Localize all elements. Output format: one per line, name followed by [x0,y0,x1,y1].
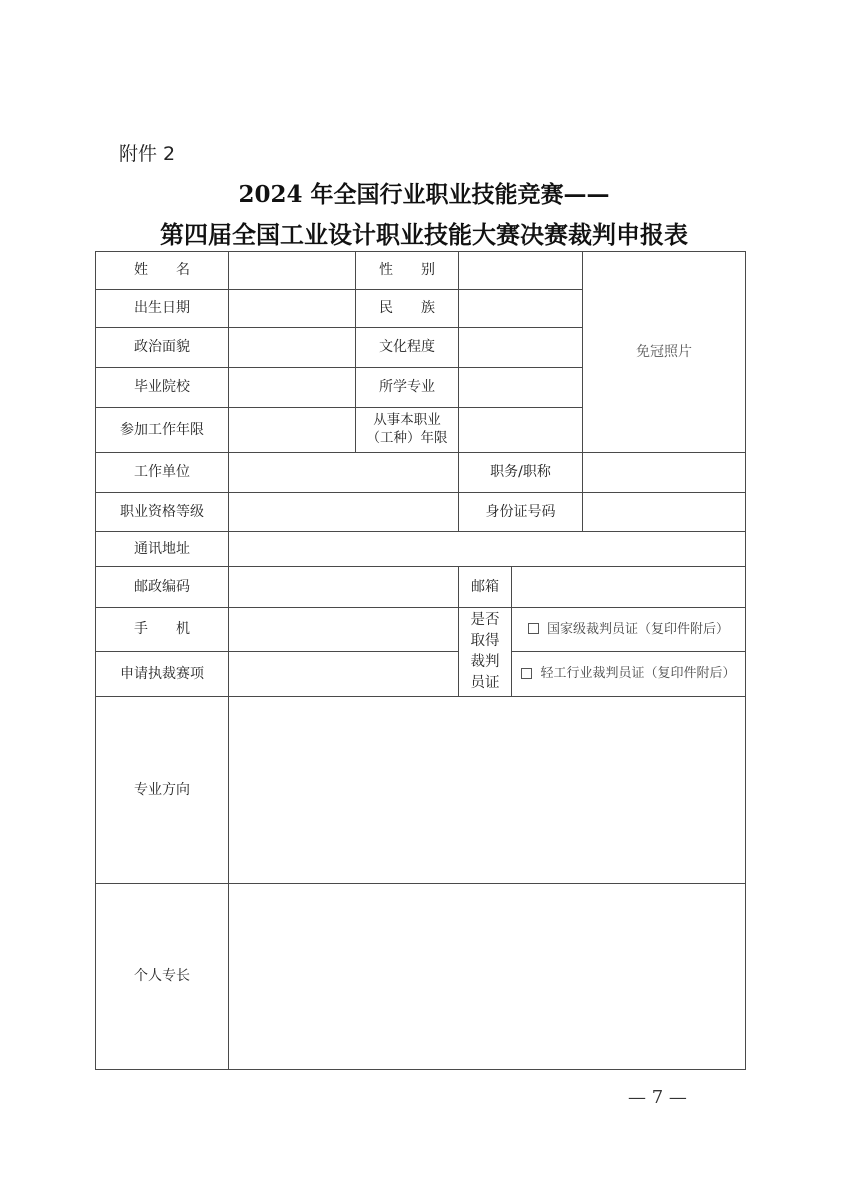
light-industry-referee-cert-option[interactable]: 轻工行业裁判员证（复印件附后） [511,651,746,697]
national-referee-cert-option[interactable]: 国家级裁判员证（复印件附后） [511,607,746,652]
event-label: 申请执裁赛项 [95,651,229,697]
mobile-field[interactable] [228,607,459,652]
expertise-field[interactable] [228,883,746,1070]
birth-date-field[interactable] [228,289,356,328]
email-field[interactable] [511,566,746,608]
qualification-label: 职业资格等级 [95,492,229,532]
job-title-label: 职务/职称 [458,452,583,493]
postcode-field[interactable] [228,566,459,608]
specialty-field[interactable] [228,696,746,884]
school-label: 毕业院校 [95,367,229,408]
mobile-label: 手 机 [95,607,229,652]
page-number: — 7 — [628,1087,687,1108]
major-label: 所学专业 [355,367,459,408]
checkbox-icon[interactable] [528,623,539,634]
education-label: 文化程度 [355,327,459,368]
checkbox-icon[interactable] [521,668,532,679]
cert-question-line-1: 是否 [471,610,500,631]
education-field[interactable] [458,327,583,368]
employer-label: 工作单位 [95,452,229,493]
name-label: 姓 名 [95,251,229,290]
specialty-label: 专业方向 [95,696,229,884]
postcode-label: 邮政编码 [95,566,229,608]
application-form-table: 姓 名 性 别 免冠照片 出生日期 民 族 政治面貌 文化程度 毕业院校 所学专… [0,0,848,1200]
cert-question-line-4: 员证 [471,673,500,694]
occupation-years-field[interactable] [458,407,583,453]
referee-certificate-question: 是否 取得 裁判 员证 [458,607,512,697]
job-title-field[interactable] [582,452,746,493]
occupation-years-label-line-2: （工种）年限 [367,430,448,448]
ethnicity-field[interactable] [458,289,583,328]
qualification-field[interactable] [228,492,459,532]
id-number-label: 身份证号码 [458,492,583,532]
name-field[interactable] [228,251,356,290]
political-status-label: 政治面貌 [95,327,229,368]
address-field[interactable] [228,531,746,567]
major-field[interactable] [458,367,583,408]
ethnicity-label: 民 族 [355,289,459,328]
light-industry-referee-cert-label: 轻工行业裁判员证（复印件附后） [540,665,735,683]
political-status-field[interactable] [228,327,356,368]
cert-question-line-3: 裁判 [471,652,500,673]
email-label: 邮箱 [458,566,512,608]
work-years-label: 参加工作年限 [95,407,229,453]
gender-label: 性 别 [355,251,459,290]
occupation-years-label-line-1: 从事本职业 [373,412,441,430]
work-years-field[interactable] [228,407,356,453]
gender-field[interactable] [458,251,583,290]
school-field[interactable] [228,367,356,408]
event-field[interactable] [228,651,459,697]
cert-question-line-2: 取得 [471,631,500,652]
id-number-field[interactable] [582,492,746,532]
photo-placeholder[interactable]: 免冠照片 [582,251,746,453]
address-label: 通讯地址 [95,531,229,567]
expertise-label: 个人专长 [95,883,229,1070]
birth-date-label: 出生日期 [95,289,229,328]
occupation-years-label: 从事本职业 （工种）年限 [355,407,459,453]
employer-field[interactable] [228,452,459,493]
national-referee-cert-label: 国家级裁判员证（复印件附后） [547,621,729,639]
